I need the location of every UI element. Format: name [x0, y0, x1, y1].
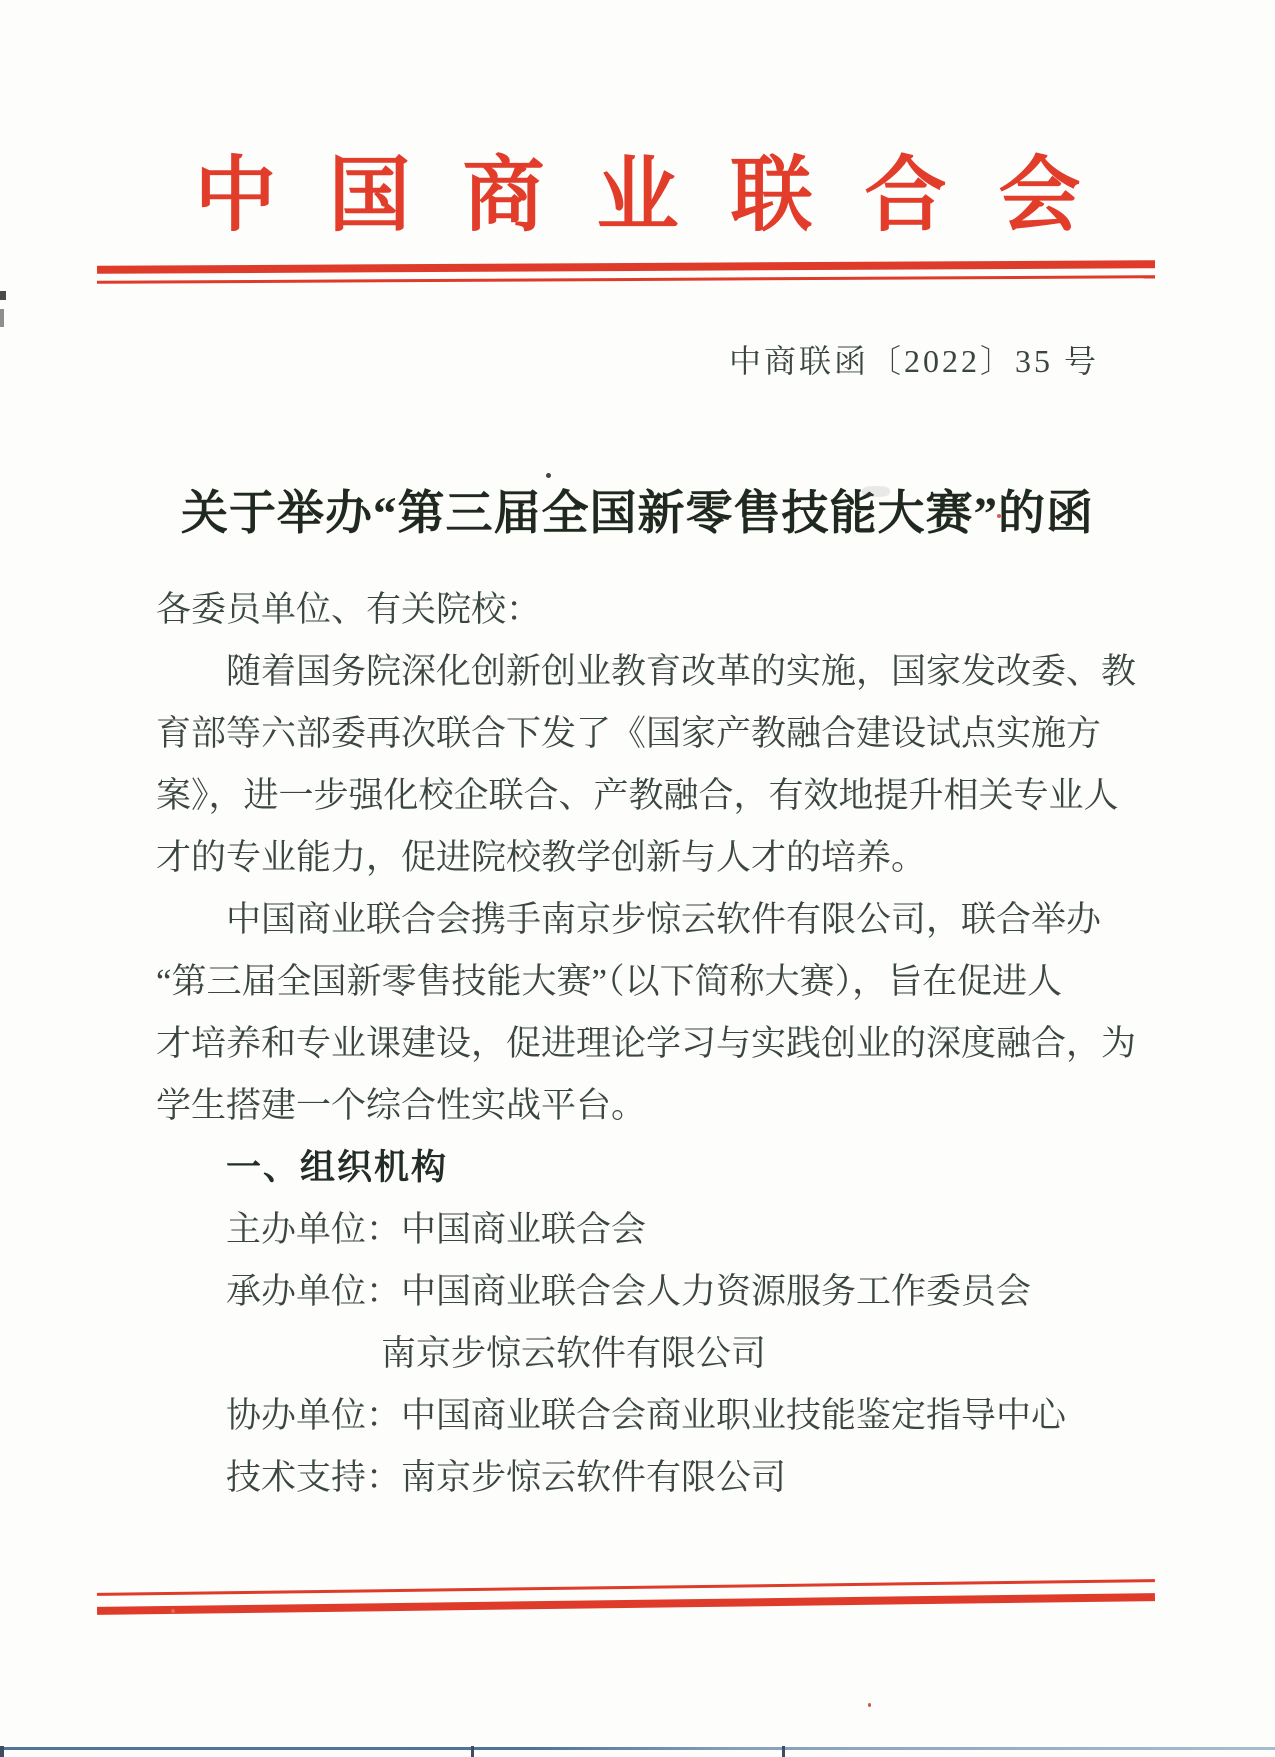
document-title: 关于举办“第三届全国新零售技能大赛”的函 — [0, 476, 1275, 543]
org-list-row: 承办单位：中国商业联合会人力资源服务工作委员会 — [156, 1261, 1151, 1323]
letterhead-org-name: 中国商业联合会 — [0, 148, 1275, 245]
next-page-table-tick — [782, 1746, 785, 1757]
paragraph-line: 中国商业联合会携手南京步惊云软件有限公司，联合举办 — [156, 889, 1151, 951]
scan-artifact — [546, 473, 551, 478]
paragraph-line: 才培养和专业课建设，促进理论学习与实践创业的深度融合，为 — [156, 1013, 1151, 1075]
org-list-row: 协办单位：中国商业联合会商业职业技能鉴定指导中心 — [156, 1385, 1151, 1447]
paragraph-line: 育部等六部委再次联合下发了《国家产教融合建设试点实施方 — [156, 703, 1151, 765]
section-heading: 一、组织机构 — [156, 1137, 1151, 1199]
org-list-row: 主办单位：中国商业联合会 — [156, 1199, 1151, 1261]
header-divider-thick — [97, 260, 1155, 274]
org-list-value: 中国商业联合会 — [401, 1210, 646, 1249]
org-list-label: 主办单位： — [226, 1210, 401, 1249]
salutation: 各委员单位、有关院校： — [156, 579, 1151, 641]
scan-artifact — [0, 309, 4, 327]
doc-number: 中商联函〔2022〕35 号 — [729, 336, 1099, 382]
next-page-table-tick — [0, 1746, 4, 1757]
scanned-letter-page: 中国商业联合会 中商联函〔2022〕35 号 关于举办“第三届全国新零售技能大赛… — [0, 0, 1275, 1757]
org-list-value: 中国商业联合会人力资源服务工作委员会 — [401, 1272, 1031, 1311]
next-page-table-edge — [0, 1747, 1275, 1750]
paragraph-line: 才的专业能力，促进院校教学创新与人才的培养。 — [156, 827, 1151, 889]
org-list-row: 技术支持：南京步惊云软件有限公司 — [156, 1447, 1151, 1509]
org-list-label: 承办单位： — [226, 1272, 401, 1311]
footer-divider-thick — [97, 1593, 1155, 1615]
paragraph-line: 案》，进一步强化校企联合、产教融合，有效地提升相关专业人 — [156, 765, 1151, 827]
letter-body: 各委员单位、有关院校： 随着国务院深化创新创业教育改革的实施，国家发改委、教 育… — [156, 579, 1151, 1509]
footer-divider-thin — [97, 1579, 1155, 1596]
paragraph-line: “第三届全国新零售技能大赛”（以下简称大赛），旨在促进人 — [156, 951, 1151, 1013]
scan-artifact — [0, 291, 6, 300]
org-list-value: 南京步惊云软件有限公司 — [381, 1334, 766, 1373]
org-list-label: 协办单位： — [226, 1396, 401, 1435]
org-list-row-continuation: 南京步惊云软件有限公司 — [156, 1323, 1151, 1385]
paragraph-line: 学生搭建一个综合性实战平台。 — [156, 1075, 1151, 1137]
org-list-value: 南京步惊云软件有限公司 — [401, 1458, 786, 1497]
org-list-value: 中国商业联合会商业职业技能鉴定指导中心 — [401, 1396, 1066, 1435]
scan-artifact — [997, 514, 1001, 518]
scan-artifact — [171, 1609, 175, 1613]
scan-artifact — [868, 1703, 871, 1707]
header-divider-thin — [97, 275, 1155, 284]
org-list-label: 技术支持： — [226, 1458, 401, 1497]
scan-artifact — [862, 486, 890, 497]
paragraph-line: 随着国务院深化创新创业教育改革的实施，国家发改委、教 — [156, 641, 1151, 703]
next-page-table-tick — [471, 1746, 474, 1757]
